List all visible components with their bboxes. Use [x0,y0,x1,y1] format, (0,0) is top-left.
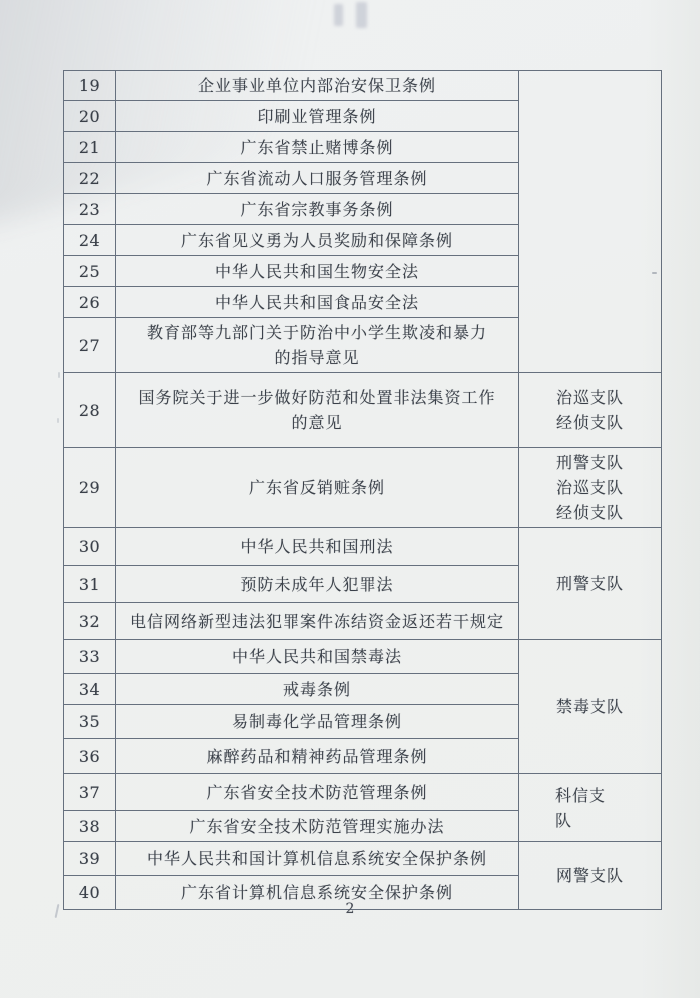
row-number-cell: 28 [64,373,116,448]
row-number-cell: 22 [64,163,116,194]
regulation-name-cell: 中华人民共和国食品安全法 [116,287,519,318]
regulation-name-cell: 戒毒条例 [116,674,519,705]
scan-speck [58,372,60,378]
row-number-cell: 20 [64,101,116,132]
regulation-name-cell: 预防未成年人犯罪法 [116,566,519,603]
table-row: 30中华人民共和国刑法刑警支队 [64,528,662,566]
row-number-cell: 38 [64,811,116,842]
department-cell: 禁毒支队 [519,640,662,774]
table-row: 29广东省反销赃条例刑警支队 治巡支队 经侦支队 [64,448,662,528]
department-cell: 治巡支队 经侦支队 [519,373,662,448]
regulation-name-cell: 广东省宗教事务条例 [116,194,519,225]
row-number-cell: 24 [64,225,116,256]
table-row: 37广东省安全技术防范管理条例科信支 队 [64,774,662,811]
row-number-cell: 25 [64,256,116,287]
row-number-cell: 29 [64,448,116,528]
row-number-cell: 37 [64,774,116,811]
regulation-name-cell: 广东省反销赃条例 [116,448,519,528]
department-cell: 科信支 队 [519,774,662,842]
regulation-name-cell: 广东省安全技术防范管理条例 [116,774,519,811]
row-number-cell: 39 [64,842,116,876]
row-number-cell: 36 [64,739,116,774]
row-number-cell: 34 [64,674,116,705]
department-cell: 刑警支队 [519,528,662,640]
regulation-name-cell: 中华人民共和国禁毒法 [116,640,519,674]
row-number-cell: 35 [64,705,116,739]
ghost-mark [356,2,367,28]
regulation-name-cell: 中华人民共和国计算机信息系统安全保护条例 [116,842,519,876]
regulation-name-cell: 中华人民共和国刑法 [116,528,519,566]
row-number-cell: 19 [64,71,116,101]
table-row: 33中华人民共和国禁毒法禁毒支队 [64,640,662,674]
regulation-name-cell: 易制毒化学品管理条例 [116,705,519,739]
regulation-name-cell: 国务院关于进一步做好防范和处置非法集资工作 的意见 [116,373,519,448]
row-number-cell: 21 [64,132,116,163]
row-number-cell: 32 [64,603,116,640]
regulation-name-cell: 广东省禁止赌博条例 [116,132,519,163]
regulation-name-cell: 广东省安全技术防范管理实施办法 [116,811,519,842]
department-cell: 刑警支队 治巡支队 经侦支队 [519,448,662,528]
regulation-name-cell: 教育部等九部门关于防治中小学生欺凌和暴力 的指导意见 [116,318,519,373]
regulation-name-cell: 麻醉药品和精神药品管理条例 [116,739,519,774]
department-cell: 网警支队 [519,842,662,910]
ghost-mark [334,4,343,26]
regulation-name-cell: 广东省见义勇为人员奖励和保障条例 [116,225,519,256]
row-number-cell: 27 [64,318,116,373]
row-number-cell: 30 [64,528,116,566]
scanned-page: 19企业事业单位内部治安保卫条例20印刷业管理条例21广东省禁止赌博条例22广东… [0,0,700,998]
table-row: 28国务院关于进一步做好防范和处置非法集资工作 的意见治巡支队 经侦支队 [64,373,662,448]
regulations-table: 19企业事业单位内部治安保卫条例20印刷业管理条例21广东省禁止赌博条例22广东… [63,70,662,910]
regulation-name-cell: 企业事业单位内部治安保卫条例 [116,71,519,101]
regulation-name-cell: 印刷业管理条例 [116,101,519,132]
row-number-cell: 26 [64,287,116,318]
department-cell [519,71,662,373]
table-row: 39中华人民共和国计算机信息系统安全保护条例网警支队 [64,842,662,876]
regulation-name-cell: 电信网络新型违法犯罪案件冻结资金返还若干规定 [116,603,519,640]
scan-speck [57,418,59,423]
row-number-cell: 33 [64,640,116,674]
row-number-cell: 31 [64,566,116,603]
regulation-name-cell: 中华人民共和国生物安全法 [116,256,519,287]
row-number-cell: 23 [64,194,116,225]
table-row: 19企业事业单位内部治安保卫条例 [64,71,662,101]
regulation-name-cell: 广东省流动人口服务管理条例 [116,163,519,194]
page-number: 2 [0,901,700,917]
